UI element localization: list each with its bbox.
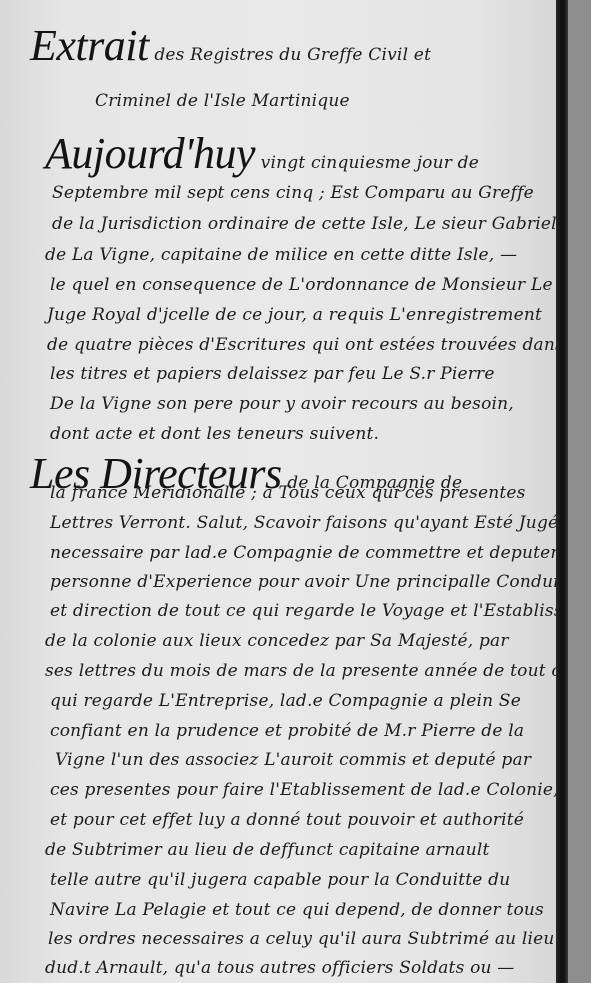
paragraph2-line: de Subtrimer au lieu de deffunct capitai… bbox=[45, 840, 490, 860]
paragraph2-line: confiant en la prudence et probité de M.… bbox=[50, 721, 524, 741]
paragraph2-line: telle autre qu'il jugera capable pour la… bbox=[50, 870, 510, 890]
paragraph2-line: personne d'Experience pour avoir Une pri… bbox=[50, 572, 583, 592]
heading-line-2: Criminel de l'Isle Martinique bbox=[95, 91, 350, 111]
paragraph1-line: de quatre pièces d'Escritures qui ont es… bbox=[47, 335, 564, 355]
paragraph1-line: vingt cinquiesme jour de bbox=[261, 153, 479, 173]
paragraph1-line: de la Jurisdiction ordinaire de cette Is… bbox=[52, 214, 557, 234]
paragraph2-line: les ordres necessaires a celuy qu'il aur… bbox=[48, 929, 555, 949]
paragraph2-line: necessaire par lad.e Compagnie de commet… bbox=[50, 543, 591, 563]
paragraph2-line: ses lettres du mois de mars de la presen… bbox=[45, 661, 571, 681]
paragraph2-line: la france Meridionalle ; a Tous ceux qui… bbox=[50, 483, 526, 503]
paragraph2-line: ces presentes pour faire l'Etablissement… bbox=[50, 780, 559, 800]
paragraph1-line: De la Vigne son pere pour y avoir recour… bbox=[50, 394, 514, 414]
heading-line-1: Extrait des Registres du Greffe Civil et bbox=[30, 20, 431, 71]
adjacent-page-edge bbox=[568, 0, 591, 983]
paragraph1-line: Septembre mil sept cens cinq ; Est Compa… bbox=[52, 183, 534, 203]
paragraph1-initial-word: Aujourd'huy bbox=[45, 129, 255, 178]
paragraph2-line: dud.t Arnault, qu'a tous autres officier… bbox=[45, 958, 515, 978]
heading-rest: des Registres du Greffe Civil et bbox=[154, 45, 431, 65]
paragraph2-line: et direction de tout ce qui regarde le V… bbox=[50, 601, 591, 621]
heading-initial-word: Extrait bbox=[30, 21, 149, 70]
paragraph1-line: Juge Royal d'jcelle de ce jour, a requis… bbox=[47, 305, 542, 325]
paragraph2-line: Navire La Pelagie et tout ce qui depend,… bbox=[50, 900, 544, 920]
manuscript-page: Extrait des Registres du Greffe Civil et… bbox=[0, 0, 562, 983]
paragraph1-line: de La Vigne, capitaine de milice en cett… bbox=[45, 245, 517, 265]
paragraph2-line: et pour cet effet luy a donné tout pouvo… bbox=[50, 810, 524, 830]
paragraph2-line: qui regarde L'Entreprise, lad.e Compagni… bbox=[50, 691, 521, 711]
paragraph1-line: dont acte et dont les teneurs suivent. bbox=[50, 424, 379, 444]
paragraph2-line: Lettres Verront. Salut, Scavoir faisons … bbox=[50, 513, 558, 533]
paragraph1-first-line: Aujourd'huy vingt cinquiesme jour de bbox=[45, 128, 479, 179]
paragraph2-line: de la colonie aux lieux concedez par Sa … bbox=[45, 631, 509, 651]
binding-shadow bbox=[556, 0, 568, 983]
paragraph1-line: les titres et papiers delaissez par feu … bbox=[50, 364, 495, 384]
paragraph2-line: Vigne l'un des associez L'auroit commis … bbox=[55, 750, 531, 770]
paragraph1-line: le quel en consequence de L'ordonnance d… bbox=[50, 275, 553, 295]
